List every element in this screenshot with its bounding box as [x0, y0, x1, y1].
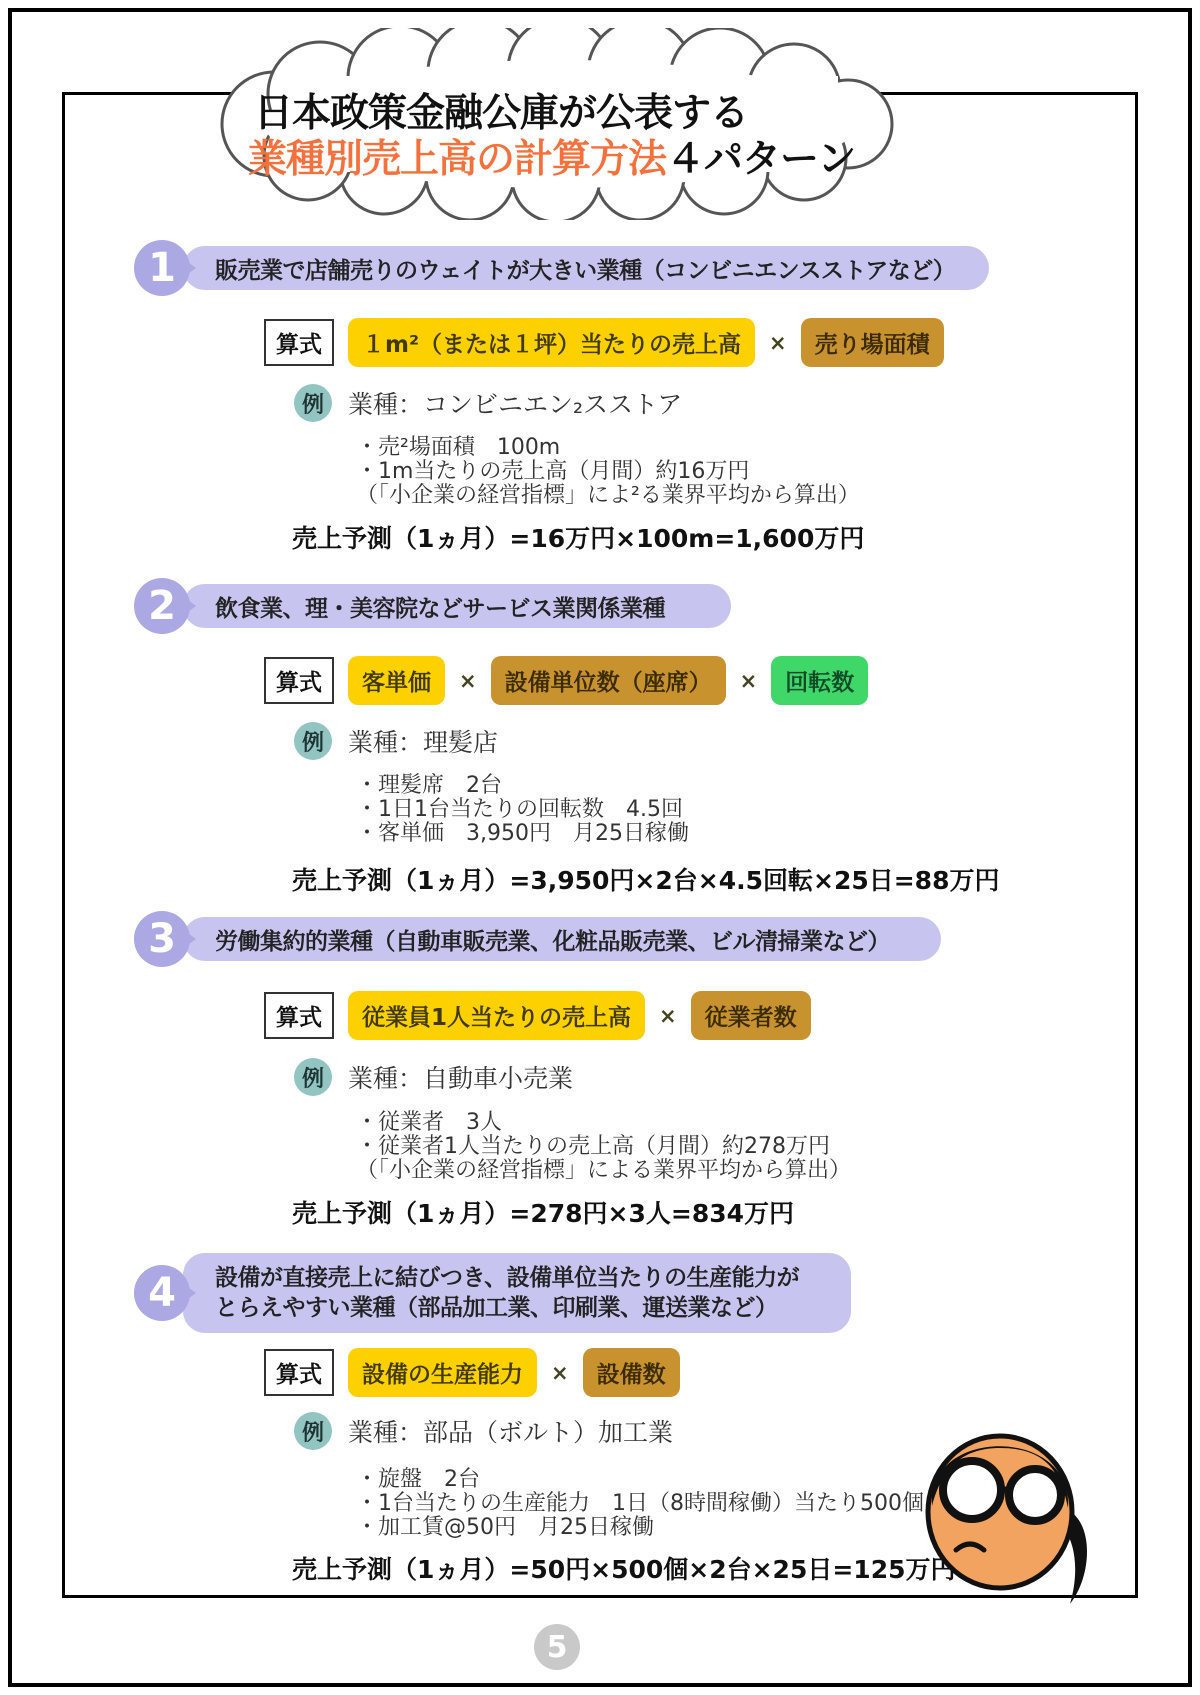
section-1-details: ・売²場面積 100m ・1m当たりの売上高（月間）約16万円 （「小企業の経営…	[356, 436, 860, 508]
section-1-example-row: 例 業種：コンビニエン₂スストア	[294, 384, 682, 422]
section-4-details: ・旋盤 2台 ・1台当たりの生産能力 1日（8時間稼働）当たり500個 ・加工賃…	[356, 1468, 924, 1540]
page-title-suffix: ４パターン	[666, 137, 855, 182]
formula-chip: 従業者数	[691, 991, 811, 1040]
section-3-number-badge: 3	[134, 911, 190, 967]
section-2-details: ・理髪席 2台 ・1日1台当たりの回転数 4.5回 ・客単価 3,950円 月2…	[356, 774, 689, 846]
section-2-industry: 業種：理髪店	[348, 723, 498, 759]
detail-line: （「小企業の経営指標」によ²る業界平均から算出）	[356, 484, 860, 508]
section-2-header-bar: 飲食業、理・美容院などサービス業関係業種	[183, 584, 731, 628]
detail-line: ・理髪席 2台	[356, 774, 689, 798]
formula-chip: 設備の生産能力	[348, 1348, 537, 1397]
section-3-header-bar: 労働集約的業種（自動車販売業、化粧品販売業、ビル清掃業など）	[183, 917, 941, 961]
formula-label: 算式	[264, 1349, 334, 1396]
page-number-badge: 5	[534, 1624, 580, 1670]
formula-chip: 設備単位数（座席）	[491, 656, 726, 705]
section-2-result: 売上予測（1ヵ月）=3,950円×2台×4.5回転×25日=88万円	[292, 861, 999, 897]
section-4-header-bar: 設備が直接売上に結びつき、設備単位当たりの生産能力が とらえやすい業種（部品加工…	[183, 1253, 851, 1333]
section-1-industry: 業種：コンビニエン₂スストア	[348, 385, 682, 421]
formula-label: 算式	[264, 657, 334, 704]
detail-line: ・1日1台当たりの回転数 4.5回	[356, 798, 689, 822]
formula-label: 算式	[264, 319, 334, 366]
multiply-sign: ×	[659, 1004, 677, 1028]
section-3-formula-row: 算式 従業員1人当たりの売上高 × 従業者数	[264, 991, 811, 1040]
formula-chip: 売り場面積	[801, 318, 944, 367]
section-4-example-row: 例 業種：部品（ボルト）加工業	[294, 1412, 673, 1450]
section-4-number: 4	[148, 1270, 176, 1316]
section-1-header-bar: 販売業で店舗売りのウェイトが大きい業種（コンビニエンスストアなど）	[183, 246, 989, 290]
section-2-number-badge: 2	[134, 578, 190, 634]
formula-chip: 回転数	[771, 656, 868, 705]
example-badge: 例	[294, 384, 332, 422]
section-1-header-label: 販売業で店舗売りのウェイトが大きい業種（コンビニエンスストアなど）	[215, 252, 955, 285]
section-1-number: 1	[148, 245, 176, 291]
section-3-details: ・従業者 3人 ・従業者1人当たりの売上高（月間）約278万円 （「小企業の経営…	[356, 1111, 851, 1183]
section-4-number-badge: 4	[134, 1265, 190, 1321]
section-2-example-row: 例 業種：理髪店	[294, 722, 498, 760]
page-title-highlight: 業種別売上高の計算方法	[248, 137, 666, 182]
section-2-header-label: 飲食業、理・美容院などサービス業関係業種	[215, 590, 665, 623]
section-4-header-line-1: 設備が直接売上に結びつき、設備単位当たりの生産能力が	[215, 1263, 799, 1293]
mascot-thinking-face-icon	[922, 1392, 1094, 1620]
section-2-number: 2	[148, 583, 176, 629]
formula-label: 算式	[264, 992, 334, 1039]
section-4-result: 売上予測（1ヵ月）=50円×500個×2台×25日=125万円	[292, 1550, 955, 1586]
section-3-industry: 業種：自動車小売業	[348, 1059, 573, 1095]
example-badge: 例	[294, 722, 332, 760]
detail-line: （「小企業の経営指標」による業界平均から算出）	[356, 1159, 851, 1183]
mascot-glasses-bridge	[1001, 1488, 1009, 1491]
section-3-header-label: 労働集約的業種（自動車販売業、化粧品販売業、ビル清掃業など）	[215, 923, 890, 956]
formula-chip: １m²（または１坪）当たりの売上高	[348, 318, 755, 367]
section-4-header-label: 設備が直接売上に結びつき、設備単位当たりの生産能力が とらえやすい業種（部品加工…	[215, 1263, 799, 1323]
page-title-line-2: 業種別売上高の計算方法４パターン	[248, 128, 855, 184]
section-1-result: 売上予測（1ヵ月）=16万円×100m=1,600万円	[292, 519, 864, 555]
section-4-industry: 業種：部品（ボルト）加工業	[348, 1413, 673, 1449]
section-3-number: 3	[148, 916, 176, 962]
formula-chip: 従業員1人当たりの売上高	[348, 991, 645, 1040]
section-1-formula-row: 算式 １m²（または１坪）当たりの売上高 × 売り場面積	[264, 318, 944, 367]
section-2-formula-row: 算式 客単価 × 設備単位数（座席） × 回転数	[264, 656, 868, 705]
detail-line: ・1台当たりの生産能力 1日（8時間稼働）当たり500個	[356, 1492, 924, 1516]
section-4-formula-row: 算式 設備の生産能力 × 設備数	[264, 1348, 680, 1397]
section-3-example-row: 例 業種：自動車小売業	[294, 1058, 573, 1096]
detail-line: ・客単価 3,950円 月25日稼働	[356, 822, 689, 846]
mascot-glasses-left-lens	[943, 1461, 1001, 1519]
detail-line: ・売²場面積 100m	[356, 436, 860, 460]
section-3-result: 売上予測（1ヵ月）=278円×3人=834万円	[292, 1194, 794, 1230]
detail-line: ・旋盤 2台	[356, 1468, 924, 1492]
detail-line: ・従業者1人当たりの売上高（月間）約278万円	[356, 1135, 851, 1159]
example-badge: 例	[294, 1058, 332, 1096]
example-badge: 例	[294, 1412, 332, 1450]
detail-line: ・加工賃@50円 月25日稼働	[356, 1516, 924, 1540]
formula-chip: 設備数	[583, 1348, 680, 1397]
multiply-sign: ×	[769, 331, 787, 355]
detail-line: ・1m当たりの売上高（月間）約16万円	[356, 460, 860, 484]
section-1-number-badge: 1	[134, 240, 190, 296]
mascot-glasses-right-lens	[1009, 1469, 1061, 1521]
detail-line: ・従業者 3人	[356, 1111, 851, 1135]
multiply-sign: ×	[459, 669, 477, 693]
multiply-sign: ×	[740, 669, 758, 693]
formula-chip: 客単価	[348, 656, 445, 705]
section-4-header-line-2: とらえやすい業種（部品加工業、印刷業、運送業など）	[215, 1293, 799, 1323]
multiply-sign: ×	[551, 1361, 569, 1385]
